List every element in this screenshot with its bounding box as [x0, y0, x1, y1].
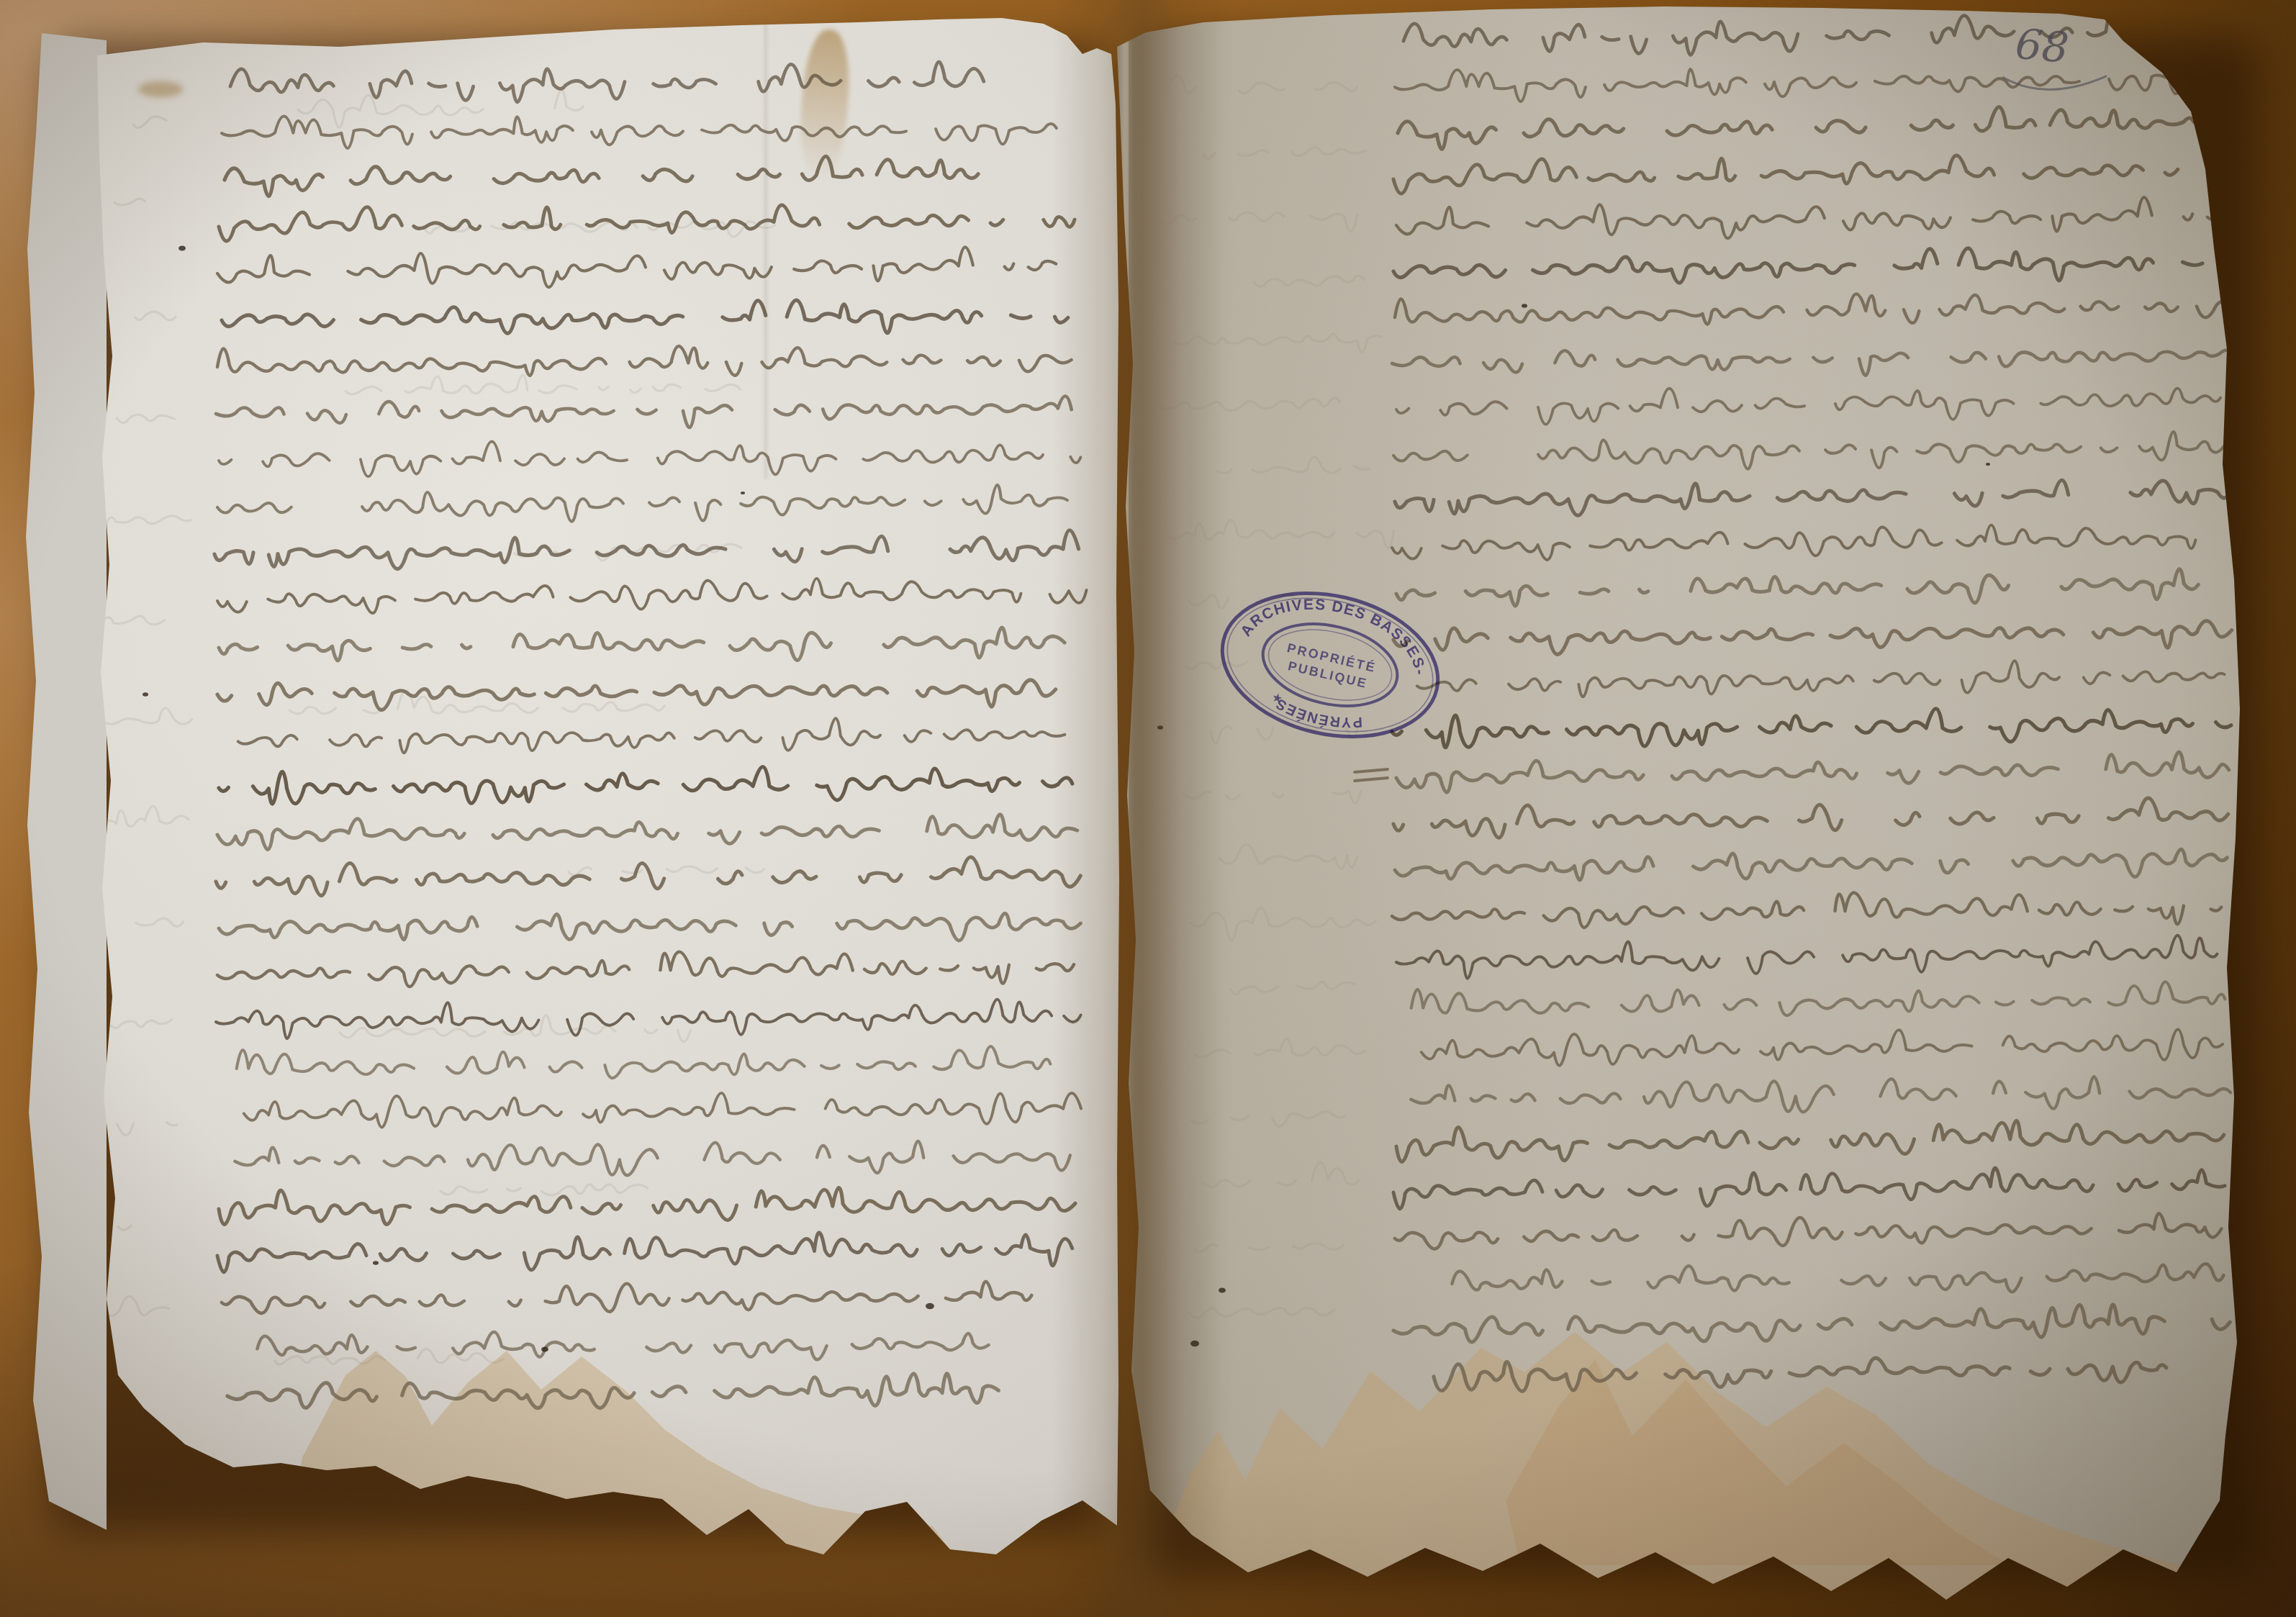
handwriting-line — [1396, 197, 2221, 238]
handwriting-line — [237, 1046, 1072, 1078]
handwriting-line — [216, 396, 1072, 427]
handwriting-line — [1395, 1213, 2221, 1249]
handwritten-text-lines — [214, 62, 1087, 1408]
handwriting-line — [217, 247, 1087, 287]
ghost-line — [1183, 791, 1383, 803]
ghost-line — [1203, 148, 1365, 159]
handwriting-line — [1395, 480, 2231, 515]
handwriting-line — [1393, 621, 2232, 655]
handwriting-line — [1393, 432, 2224, 469]
ghost-line — [1167, 520, 1394, 548]
speck — [1157, 725, 1163, 730]
handwriting-line — [1396, 569, 2198, 606]
margin-mark — [1355, 769, 1388, 781]
ghost-line — [1195, 1038, 1366, 1057]
ghost-line — [111, 1020, 171, 1028]
speck — [178, 246, 186, 251]
handwriting-line — [227, 1374, 1017, 1408]
speck — [926, 1303, 934, 1309]
ghost-line — [1203, 1162, 1358, 1187]
ghost-line — [1254, 276, 1364, 286]
ghost-line — [1230, 982, 1355, 995]
handwriting-line — [1396, 936, 2217, 979]
speck — [143, 692, 148, 697]
handwriting-line — [1434, 1358, 2187, 1391]
speck — [1522, 304, 1527, 308]
handwriting-line — [1417, 661, 2225, 697]
ghost-line — [1190, 908, 1406, 941]
ghost-line — [102, 1296, 169, 1315]
ghost-line — [1160, 398, 1340, 411]
handwriting-line — [222, 116, 1070, 148]
handwriting-line — [230, 62, 984, 102]
handwriting-line — [217, 579, 1087, 613]
handwriting-line — [219, 628, 1086, 661]
speck — [741, 492, 745, 494]
right-page-handwriting — [1117, 4, 2272, 1612]
handwriting-line — [219, 1188, 1075, 1225]
speck — [1190, 1341, 1199, 1346]
ghost-line — [1160, 212, 1404, 231]
ghost-line — [1191, 1112, 1346, 1127]
handwriting-line — [1422, 1029, 2223, 1065]
ghost-line — [1167, 76, 1357, 94]
handwriting-line — [1411, 982, 2225, 1015]
handwriting-line — [1393, 248, 2227, 283]
handwriting-line — [219, 442, 1080, 477]
ghost-line — [1195, 1244, 1373, 1252]
handwriting-line — [1452, 1264, 2224, 1292]
ghost-line — [1189, 1308, 1334, 1318]
ghost-line — [117, 415, 174, 422]
handwriting-line — [235, 1141, 1070, 1175]
handwriting-line — [214, 530, 1079, 569]
handwriting-line — [1411, 1077, 2231, 1112]
handwriting-line — [1395, 294, 2232, 324]
right-manuscript-page: ARCHIVES DES BASSES- PYRÉNÉES PROPRIÉTÉ … — [1117, 4, 2272, 1612]
speck — [541, 1347, 548, 1352]
ghost-line — [298, 90, 583, 127]
handwriting-line — [219, 913, 1080, 941]
handwriting-line — [1393, 155, 2231, 194]
handwriting-line — [217, 1233, 1072, 1272]
handwriting-line — [219, 767, 1072, 805]
ghost-line — [1219, 844, 1357, 869]
folio-number: 68 — [2013, 19, 2070, 73]
ghost-line — [345, 375, 779, 394]
speck — [1986, 463, 1990, 466]
ghost-line — [1175, 334, 1382, 352]
handwriting-line — [225, 156, 978, 196]
handwritten-text-lines — [1392, 12, 2234, 1392]
handwriting-line — [1396, 1120, 2224, 1161]
handwriting-line — [1396, 389, 2220, 425]
handwriting-line — [238, 718, 1086, 753]
handwriting-line — [1392, 350, 2234, 376]
speck — [373, 1261, 379, 1265]
handwriting-line — [217, 815, 1077, 850]
handwriting-line — [1393, 798, 2228, 838]
handwriting-line — [222, 1282, 1031, 1313]
left-manuscript-page — [37, 18, 1121, 1572]
handwriting-line — [1392, 525, 2225, 560]
handwriting-line — [1392, 892, 2221, 928]
ghost-line — [440, 1185, 703, 1195]
handwriting-line — [244, 1093, 1081, 1128]
handwriting-line — [222, 300, 1068, 333]
handwriting-line — [216, 857, 1080, 896]
photograph-of-open-manuscript: ARCHIVES DES BASSES- PYRÉNÉES PROPRIÉTÉ … — [0, 0, 2296, 1617]
handwriting-line — [1393, 1168, 2225, 1209]
handwriting-line — [1392, 709, 2231, 748]
left-page-handwriting — [37, 18, 1121, 1572]
worm-holes-and-ink-specks — [143, 246, 934, 1352]
handwriting-line — [217, 346, 1072, 376]
speck — [1219, 1288, 1226, 1293]
handwriting-line — [1393, 1305, 2230, 1342]
ghost-line — [1218, 457, 1370, 474]
handwriting-line — [217, 952, 1074, 987]
handwriting-line — [258, 1332, 989, 1359]
handwriting-line — [219, 205, 1075, 241]
handwriting-line — [1396, 752, 2229, 792]
bleed-through-ghost-writing — [62, 90, 779, 1364]
handwriting-line — [217, 485, 1067, 522]
handwriting-line — [1395, 849, 2227, 880]
